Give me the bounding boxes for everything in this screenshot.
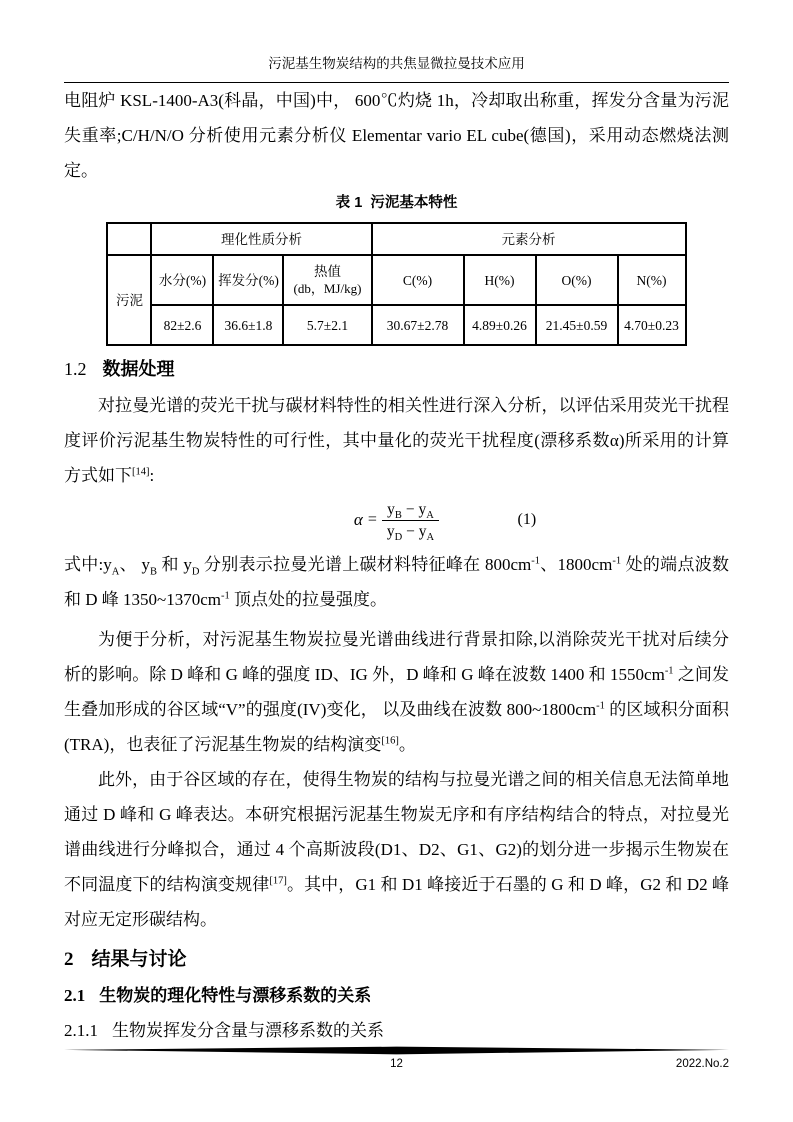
equation-numerator: yB − yA <box>382 499 439 521</box>
section-title: 生物炭挥发分含量与漂移系数的关系 <box>112 1021 384 1040</box>
table-row-header-sludge: 污泥 <box>107 255 151 345</box>
equation-1: α = yB − yA yD − yA (1) <box>64 493 729 547</box>
section-title: 生物炭的理化特性与漂移系数的关系 <box>99 986 371 1005</box>
table-value-hydrogen: 4.89±0.26 <box>464 305 536 345</box>
paragraph-data-processing: 对拉曼光谱的荧光干扰与碳材料特性的相关性进行深入分析，以评估采用荧光干扰程度评价… <box>64 388 729 493</box>
document-page: 污泥基生物炭结构的共焦显微拉曼技术应用 电阻炉 KSL-1400-A3(科晶，中… <box>0 0 793 1122</box>
table-caption: 表 1 污泥基本特性 <box>64 192 729 214</box>
table-value-volatile: 36.6±1.8 <box>213 305 283 345</box>
paragraph-equation-terms: 式中:yA、 yB 和 yD 分别表示拉曼光谱上碳材料特征峰在 800cm-1、… <box>64 547 729 617</box>
table-group-row: 理化性质分析 元素分析 <box>107 223 685 255</box>
equation-number: (1) <box>518 511 537 529</box>
footer-rule <box>64 1046 729 1055</box>
issue-number: 2022.No.2 <box>676 1056 729 1072</box>
table-values-row: 82±2.6 36.6±1.8 5.7±2.1 30.67±2.78 4.89±… <box>107 305 685 345</box>
table-col-volatile: 挥发分(%) <box>213 255 283 305</box>
table-value-nitrogen: 4.70±0.23 <box>618 305 686 345</box>
section-heading-1-2: 1.2数据处理 <box>64 356 729 382</box>
section-number: 2.1 <box>64 986 85 1005</box>
table-value-moisture: 82±2.6 <box>151 305 213 345</box>
table-value-oxygen: 21.45±0.59 <box>536 305 618 345</box>
table-col-heating-value: 热值 (db，MJ/kg) <box>283 255 371 305</box>
table-sludge-properties: 理化性质分析 元素分析 污泥 水分(%) 挥发分(%) 热值 (db，MJ/kg… <box>106 222 686 346</box>
paragraph-methods: 电阻炉 KSL-1400-A3(科晶，中国)中， 600℃灼烧 1h，冷却取出称… <box>64 83 729 188</box>
equation-equals-sign: = <box>368 511 377 529</box>
section-title: 数据处理 <box>103 359 175 379</box>
table-value-heating-value: 5.7±2.1 <box>283 305 371 345</box>
section-title: 结果与讨论 <box>92 949 187 970</box>
paragraph-peak-fitting: 此外，由于谷区域的存在，使得生物炭的结构与拉曼光谱之间的相关信息无法简单地通过 … <box>64 762 729 937</box>
page-number: 12 <box>64 1056 729 1072</box>
section-number: 1.2 <box>64 359 87 379</box>
running-title: 污泥基生物炭结构的共焦显微拉曼技术应用 <box>268 54 525 82</box>
section-heading-2-1: 2.1生物炭的理化特性与漂移系数的关系 <box>64 983 729 1009</box>
table-col-hydrogen: H(%) <box>464 255 536 305</box>
table-group-elemental: 元素分析 <box>372 223 686 255</box>
table-col-nitrogen: N(%) <box>618 255 686 305</box>
table-corner-cell <box>107 223 151 255</box>
table-group-physchem: 理化性质分析 <box>151 223 371 255</box>
table-header-row: 污泥 水分(%) 挥发分(%) 热值 (db，MJ/kg) C(%) H(%) … <box>107 255 685 305</box>
table-col-moisture: 水分(%) <box>151 255 213 305</box>
page-footer: 12 2022.No.2 <box>64 1046 729 1072</box>
equation-denominator: yD − yA <box>382 521 439 542</box>
section-number: 2 <box>64 949 74 970</box>
footer-row: 12 2022.No.2 <box>64 1056 729 1072</box>
section-heading-2-1-1: 2.1.1生物炭挥发分含量与漂移系数的关系 <box>64 1019 729 1043</box>
page-content: 电阻炉 KSL-1400-A3(科晶，中国)中， 600℃灼烧 1h，冷却取出称… <box>64 83 729 1043</box>
table-col-carbon: C(%) <box>372 255 464 305</box>
table-value-carbon: 30.67±2.78 <box>372 305 464 345</box>
section-heading-2: 2结果与讨论 <box>64 945 729 975</box>
equation-fraction: yB − yA yD − yA <box>382 499 439 542</box>
paragraph-background-subtraction: 为便于分析，对污泥基生物炭拉曼光谱曲线进行背景扣除,以消除荧光干扰对后续分析的影… <box>64 622 729 762</box>
page-header: 污泥基生物炭结构的共焦显微拉曼技术应用 <box>64 0 729 83</box>
section-number: 2.1.1 <box>64 1021 98 1040</box>
equation-alpha-symbol: α <box>354 510 363 530</box>
table-col-heating-value-unit: (db，MJ/kg) <box>284 280 370 297</box>
table-col-oxygen: O(%) <box>536 255 618 305</box>
